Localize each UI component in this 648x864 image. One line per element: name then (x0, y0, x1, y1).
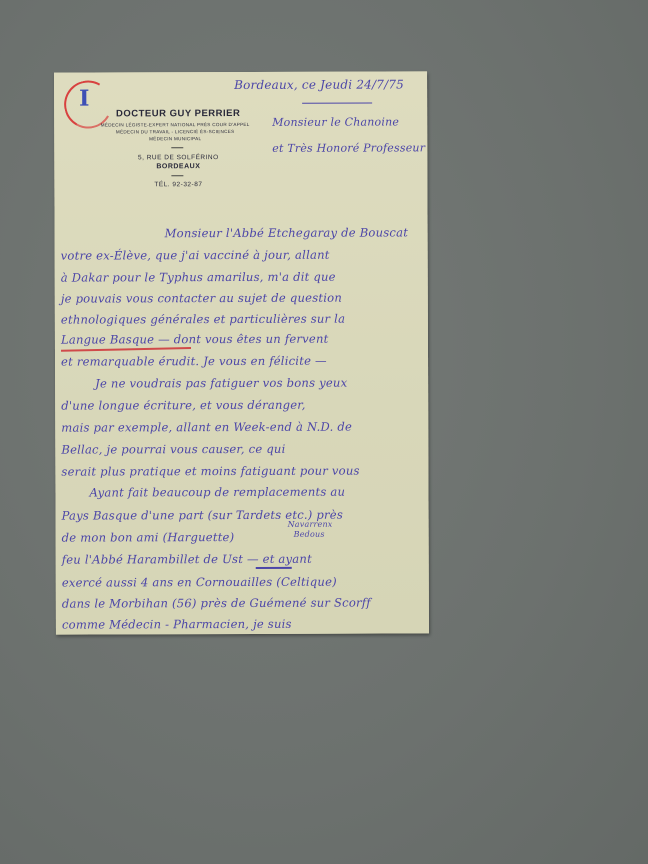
letter-line: à Dakar pour le Typhus amarilus, m'a dit… (61, 270, 336, 285)
letter-line: Langue Basque — dont vous êtes un ferven… (61, 332, 329, 347)
letter-line: serait plus pratique et moins fatiguant … (61, 464, 359, 479)
letter-line: comme Médecin - Pharmacien, je suis (62, 617, 292, 632)
blue-underline-ust (256, 567, 292, 569)
divider (171, 175, 183, 176)
letter-line: d'une longue écriture, et vous déranger, (61, 398, 306, 413)
letter-line: et remarquable érudit. Je vous en félici… (61, 354, 327, 369)
addressee-line-1: Monsieur le Chanoine (272, 115, 399, 128)
letter-line: dans le Morbihan (56) près de Guémené su… (62, 596, 371, 611)
letterhead-title-3: MÉDECIN MUNICIPAL (96, 135, 254, 143)
letterhead-phone: TÉL. 92-32-87 (102, 181, 254, 189)
letter-line: Je ne voudrais pas fatiguer vos bons yeu… (95, 376, 347, 391)
letter-line: Monsieur l'Abbé Etchegaray de Bouscat (165, 225, 409, 240)
red-underline-langue-basque (61, 347, 191, 351)
letter-line: exercé aussi 4 ans en Cornouailles (Celt… (62, 575, 337, 590)
letter-line: votre ex-Élève, que j'ai vacciné à jour,… (61, 248, 330, 263)
letterhead-address: 5, RUE DE SOLFÉRINO (102, 153, 254, 164)
letterhead: DOCTEUR GUY PERRIER MÉDECIN LÉGISTE-EXPE… (54, 108, 254, 189)
letter-line: ethnologiques générales et particulières… (61, 312, 345, 327)
letter-line: mais par exemple, allant en Week-end à N… (61, 420, 352, 435)
letter-line: Ayant fait beaucoup de remplacements au (89, 485, 345, 500)
doctor-name: DOCTEUR GUY PERRIER (102, 108, 254, 120)
addressee-line-2: et Très Honoré Professeur (272, 141, 425, 155)
letter-page: I DOCTEUR GUY PERRIER MÉDECIN LÉGISTE-EX… (54, 71, 429, 634)
annotation-bedous: Bedous (294, 530, 325, 539)
letter-line: feu l'Abbé Harambillet de Ust — et ayant (62, 552, 312, 567)
annotation-navarrenx: Navarrenx (288, 520, 333, 529)
divider (171, 147, 183, 148)
letter-line: Bellac, je pourrai vous causer, ce qui (61, 442, 285, 457)
letter-line: je pouvais vous contacter au sujet de qu… (61, 291, 342, 306)
letter-line: de mon bon ami (Harguette) (62, 530, 235, 545)
dateline: Bordeaux, ce Jeudi 24/7/75 (234, 77, 404, 92)
letterhead-city: BORDEAUX (102, 163, 254, 171)
date-underline (302, 103, 372, 104)
